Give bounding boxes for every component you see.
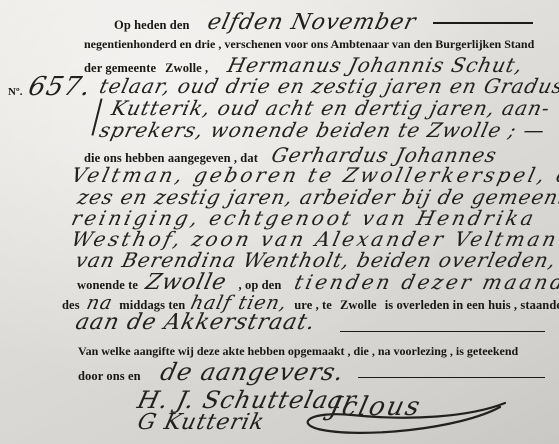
line-deceased-birth: Veltman, geboren te Zwollerkerspel, oud [72,163,559,187]
hw-street: aan de Akkerstraat. [73,310,318,335]
line-year-officials: negentienhonderd en drie , verschenen vo… [84,35,534,53]
hw-act-number: 657. [25,72,94,102]
death-certificate-scan: Op heden den elfden November negentienho… [0,0,559,444]
printed-wonende-te: wonende te [77,278,138,292]
official-signature-flourish [300,393,510,439]
hw-line4: telaar, oud drie en zestig jaren en Grad… [97,74,559,98]
printed-place-zwolle: Zwolle , [165,61,208,75]
hw-signature-kutterik: G Kutterik [135,410,267,435]
printed-der-gemeente: der gemeente [84,61,156,75]
filler-dash [433,22,533,24]
line-declarants-residence: sprekers, wonende beiden te Zwolle ; — [100,118,545,142]
printed-door-ons-en: door ons en [78,369,141,383]
printed-year-line: negentienhonderd en drie , verschenen vo… [84,37,534,51]
line-declarant2-age: Kutterik, oud acht en dertig jaren, aan- [112,96,550,120]
line-death-address: aan de Akkerstraat. [76,310,315,335]
hw-line12: van Berendina Wentholt, beiden overleden… [73,248,559,272]
line-parents-mother: van Berendina Wentholt, beiden overleden… [76,248,556,272]
hw-line5: Kutterik, oud acht en dertig jaren, aan- [109,96,553,120]
act-number: Nº. 657. [8,72,91,102]
filler-rule-street [340,331,545,332]
printed-closing1: Van welke aangifte wij deze akte hebben … [78,344,518,358]
printed-place-zwolle-2: Zwolle [340,298,377,312]
hw-line8: Veltman, geboren te Zwollerkerspel, oud [69,163,559,187]
printed-op-heden-den: Op heden den [114,18,190,32]
signature-declarant2: G Kutterik [138,410,264,435]
filler-rule-closing [358,377,545,378]
line-opening: Op heden den elfden November [114,10,533,35]
hw-death-day: tienden dezer maand, [293,270,559,294]
line-closing2: door ons en de aangevers. [78,358,344,386]
printed-overleden-huis: is overleden in een huis , staande [385,298,559,312]
hw-de-aangevers: de aangevers. [157,358,346,386]
hw-line6: sprekers, wonende beiden te Zwolle ; — [97,118,548,142]
line-declarant1-age: telaar, oud drie en zestig jaren en Grad… [100,74,559,98]
printed-op-den: , op den [239,278,282,292]
hw-date: elfden November [205,10,419,35]
printed-number-label: Nº. [8,86,23,98]
